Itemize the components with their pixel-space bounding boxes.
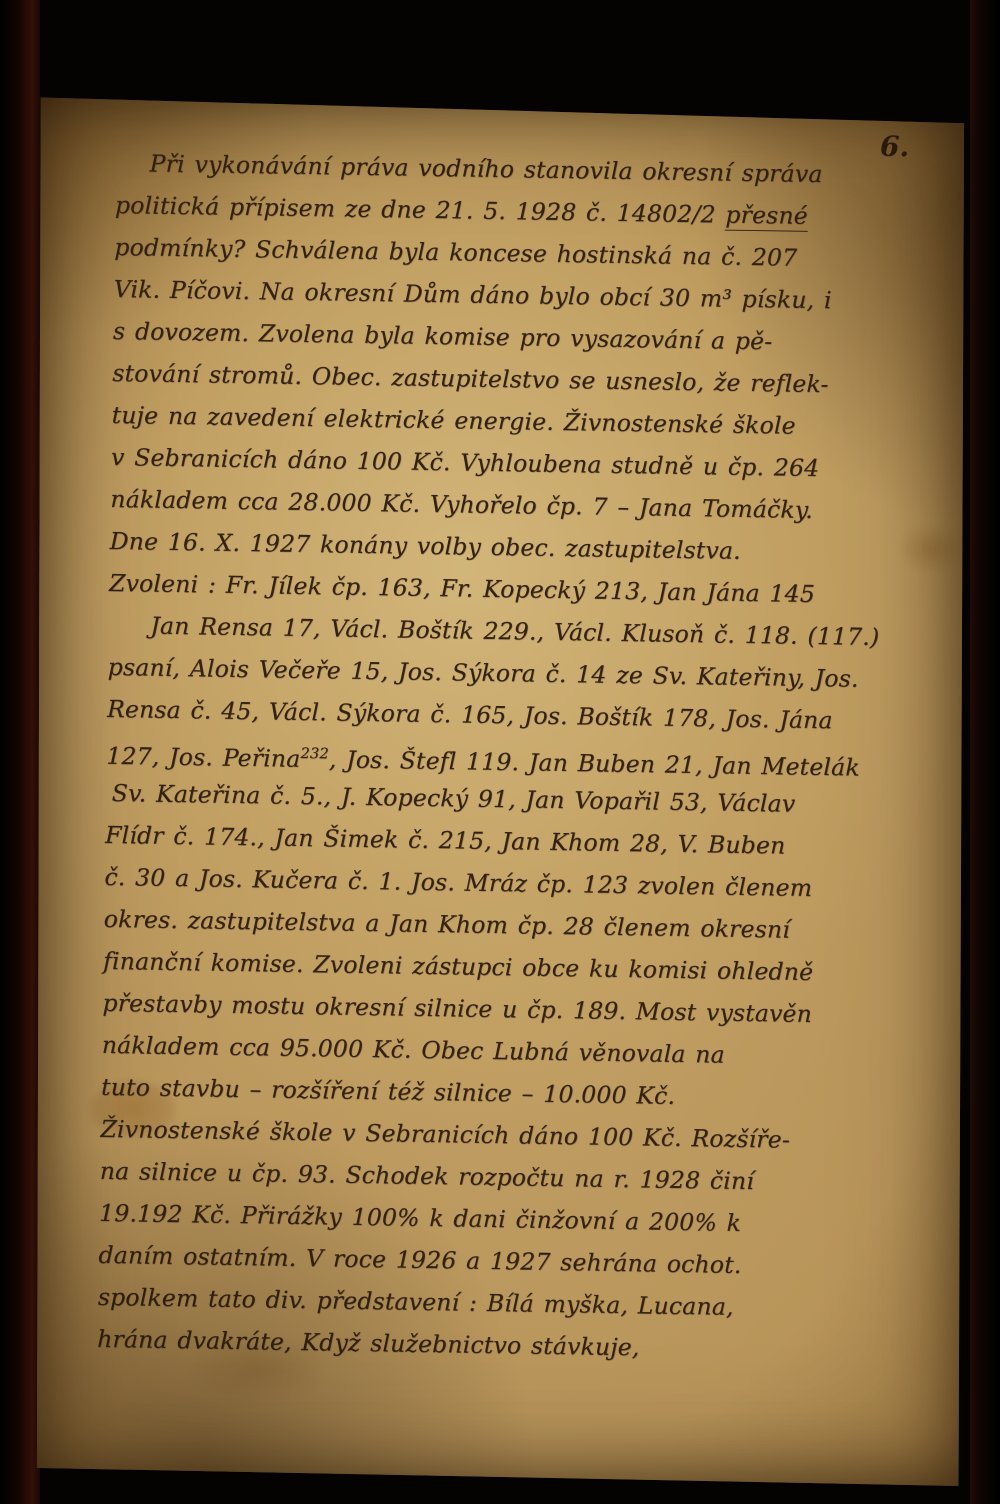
photo-background: 6. Při vykonávání práva vodního stanovil… xyxy=(0,0,1000,1504)
wood-edge-left xyxy=(0,0,40,1504)
manuscript-page: 6. Při vykonávání práva vodního stanovil… xyxy=(36,94,965,1486)
superscript-number: 232 xyxy=(300,745,329,762)
underlined-word: přesné xyxy=(725,201,808,232)
wood-edge-right xyxy=(970,0,1000,1504)
manuscript-lines: Při vykonávání práva vodního stanovila o… xyxy=(97,142,925,1373)
